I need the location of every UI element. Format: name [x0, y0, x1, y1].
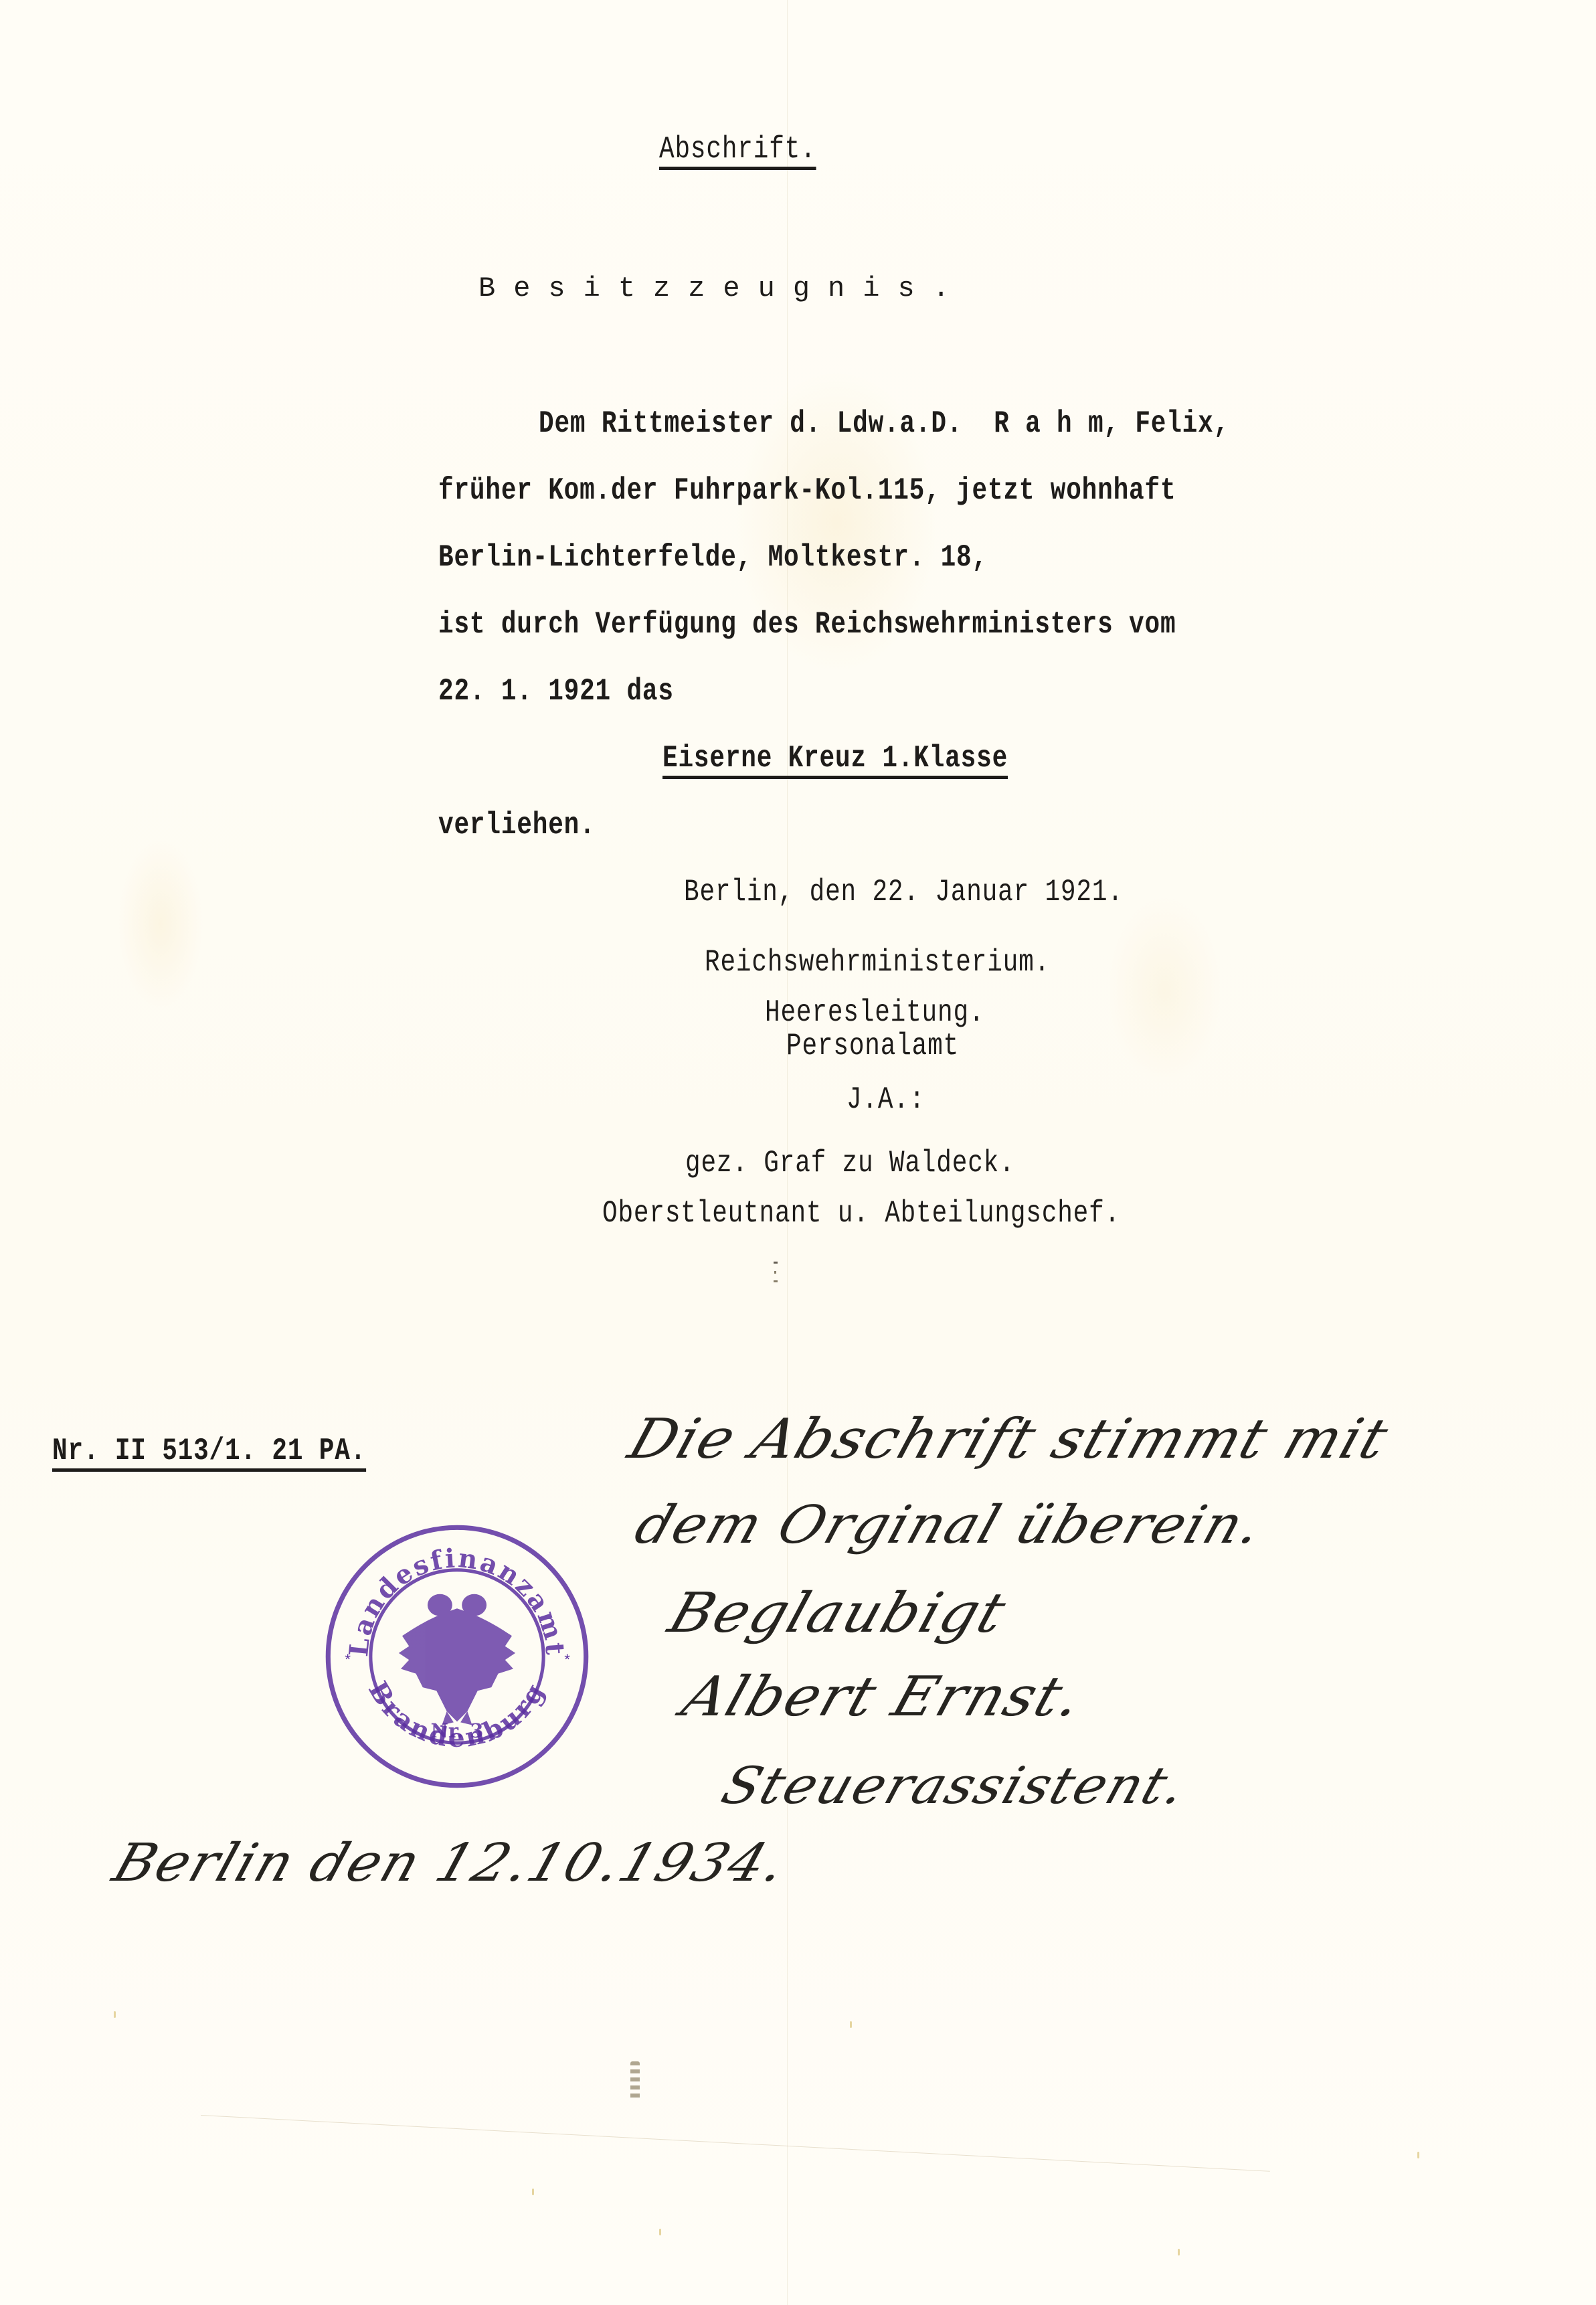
body-line-decree: ist durch Verfügung des Reichswehrminist… — [438, 609, 1176, 640]
signature-rank: Oberstleutnant u. Abteilungschef. — [602, 1198, 1120, 1229]
body-line-address: Berlin-Lichterfelde, Moltkestr. 18, — [438, 542, 988, 573]
document-title: Besitzzeugnis. — [478, 274, 968, 303]
body-line-recipient: Dem Rittmeister d. Ldw.a.D. R a h m, Fel… — [539, 408, 1229, 439]
archive-mark — [630, 2061, 640, 2102]
document-header: Abschrift. — [659, 134, 816, 165]
paper-speck — [532, 2189, 534, 2195]
award-name: Eiserne Kreuz 1.Klasse — [662, 743, 1008, 774]
ink-mark — [774, 1262, 778, 1288]
paper-speck — [1178, 2249, 1180, 2255]
paper-speck — [850, 2021, 852, 2028]
authority-office: Personalamt — [786, 1031, 959, 1061]
reference-number: Nr. II 513/1. 21 PA. — [52, 1436, 366, 1466]
body-line-former-unit: früher Kom.der Fuhrpark-Kol.115, jetzt w… — [438, 475, 1176, 506]
certifier-signature: Albert Ernst. — [676, 1670, 1089, 1725]
authority-ministry: Reichswehrministerium. — [705, 947, 1050, 978]
issue-place-date: Berlin, den 22. Januar 1921. — [684, 877, 1124, 908]
authority-command: Heeresleitung. — [765, 997, 984, 1028]
paper-speck — [659, 2229, 661, 2235]
eagle-icon — [399, 1594, 515, 1725]
certification-line-1: Die Abschrift stimmt mit — [622, 1412, 1395, 1467]
certification-line-2: dem Orginal überein. — [629, 1499, 1269, 1551]
award-verb: verliehen. — [438, 810, 596, 841]
stamp-seal-icon: Landesfinanzamt Brandenburg * * Nr. 3 — [320, 1519, 594, 1794]
certifier-title: Steuerassistent. — [716, 1760, 1193, 1811]
official-stamp: Landesfinanzamt Brandenburg * * Nr. 3 — [320, 1519, 594, 1794]
paper-speck — [114, 2011, 116, 2018]
svg-text:*: * — [563, 1652, 572, 1669]
authority-on-behalf: J.A.: — [847, 1084, 925, 1115]
certification-place-date: Berlin den 12.10.1934. — [107, 1837, 793, 1889]
svg-text:Nr. 3: Nr. 3 — [431, 1719, 484, 1742]
svg-text:*: * — [343, 1652, 353, 1669]
body-line-date: 22. 1. 1921 das — [438, 676, 674, 707]
signature-name: gez. Graf zu Waldeck. — [685, 1148, 1015, 1179]
paper-speck — [1417, 2152, 1419, 2158]
certification-line-3: Beglaubigt — [662, 1586, 1013, 1641]
